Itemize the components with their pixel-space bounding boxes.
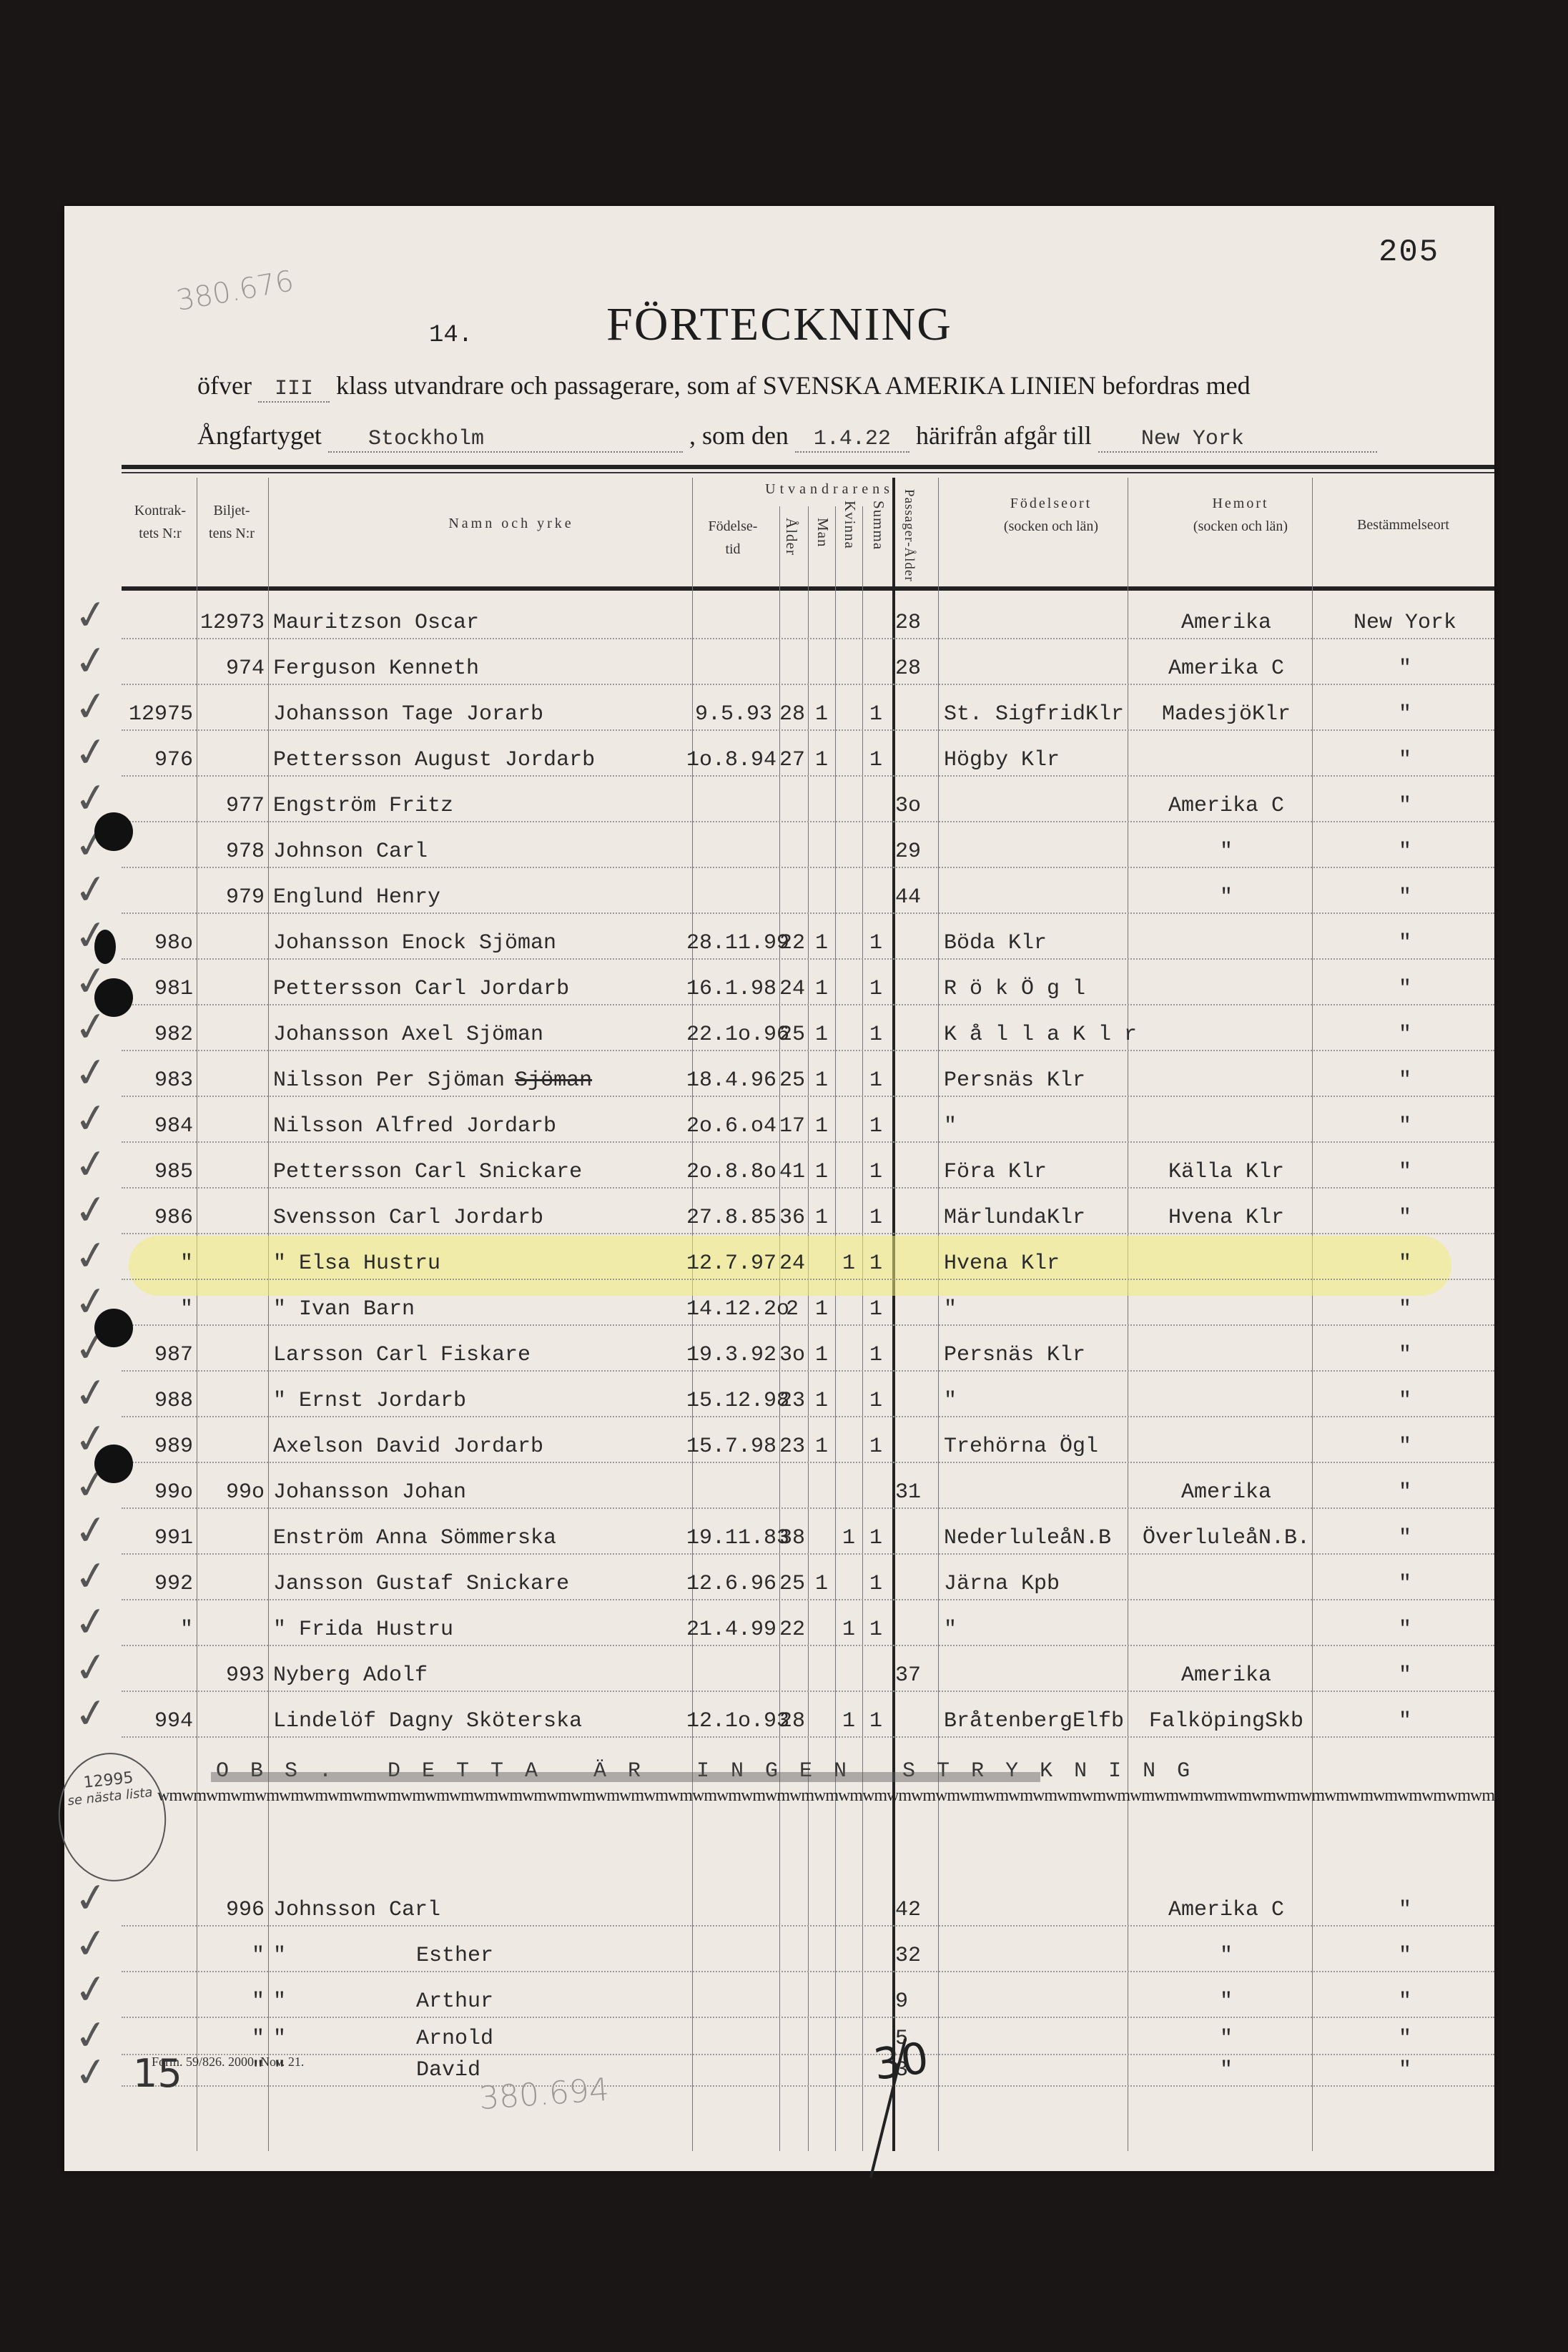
checkmark-icon: ✓ (72, 1643, 112, 1693)
cell-kontrakt: " (122, 1297, 193, 1322)
cell-dest: " (1316, 1343, 1494, 1367)
checkmark-icon: ✓ (72, 1048, 112, 1098)
cell-summa: 1 (862, 702, 889, 727)
cell-fodelsetid: 28.11.99 (686, 931, 772, 955)
table-row: 982Johansson Axel Sjöman22.1o.962511K å … (122, 1004, 1494, 1051)
cell-alder: 36 (778, 1206, 807, 1230)
cell-fodelsetid: 2o.6.o4 (686, 1114, 772, 1138)
cell-hemort: Amerika C (1133, 656, 1319, 681)
cell-man: 1 (808, 1297, 835, 1322)
header-kvinna: Kvinna (841, 501, 859, 549)
checkmark-icon: ✓ (72, 1597, 112, 1648)
cell-namn: Johansson Johan (273, 1480, 688, 1505)
cell-namn: Pettersson Carl Jordarb (273, 977, 688, 1001)
cell-dest: " (1316, 794, 1494, 818)
cell-namn: Pettersson August Jordarb (273, 748, 688, 772)
cell-alder: 23 (778, 1389, 807, 1413)
cell-summa: 1 (862, 748, 889, 772)
cell-kontrakt: 989 (122, 1435, 193, 1459)
cell-hemort: " (1133, 1989, 1319, 2014)
cell-fodelsetid: 14.12.2o (686, 1297, 772, 1322)
cell-kontrakt: 988 (122, 1389, 193, 1413)
header-passager-alder: Passager-Ålder (901, 489, 917, 582)
table-row: ""Esther32""✓ (122, 1925, 1494, 1972)
cell-alder: 22 (778, 1618, 807, 1642)
checkmark-icon: ✓ (72, 1919, 112, 1969)
table-row: "" Frida Hustru21.4.992211""✓ (122, 1599, 1494, 1646)
cell-fodelseort: Hvena Klr (944, 1251, 1187, 1276)
cell-dest: " (1316, 1297, 1494, 1322)
cell-namn2: " (273, 1989, 316, 2014)
cell-man: 1 (808, 1114, 835, 1138)
cell-summa: 1 (862, 1343, 889, 1367)
cell-dest: " (1316, 1572, 1494, 1596)
cell-namn: Johansson Tage Jorarb (273, 702, 688, 727)
cell-dest: " (1316, 1944, 1494, 1968)
cell-dest: " (1316, 1023, 1494, 1047)
table-row: 976Pettersson August Jordarb1o.8.942711H… (122, 729, 1494, 777)
cell-namn: Englund Henry (273, 885, 688, 910)
cell-fodelsetid: 16.1.98 (686, 977, 772, 1001)
cell-passager: 37 (895, 1663, 938, 1688)
cell-summa: 1 (862, 1618, 889, 1642)
cell-fodelseort: Persnäs Klr (944, 1068, 1187, 1093)
cell-hemort: Amerika C (1133, 794, 1319, 818)
header-biljett: Biljet-tens N:r (196, 499, 267, 545)
cell-dest: " (1316, 1480, 1494, 1505)
cell-dest: " (1316, 1114, 1494, 1138)
cell-namn: Johnson Carl (273, 840, 688, 864)
ship-line: Ångfartyget Stockholm , som den 1.4.22 h… (197, 420, 1377, 453)
cell-alder: 3o (778, 1343, 807, 1367)
header-man: Man (814, 518, 832, 548)
cell-kvinna: 1 (835, 1526, 862, 1550)
cell-summa: 1 (862, 1572, 889, 1596)
cell-biljett: " (193, 1989, 265, 2014)
checkmark-icon: ✓ (72, 1505, 112, 1556)
cell-dest: " (1316, 1989, 1494, 2014)
punch-hole (94, 1445, 133, 1483)
cell-summa: 1 (862, 1297, 889, 1322)
date-label: , som den (689, 421, 789, 450)
checkmark-icon: ✓ (72, 865, 112, 915)
table-row: ""Arnold5""✓ (122, 2017, 1494, 2055)
cell-namn: Engström Fritz (273, 794, 688, 818)
margin-note-left: 15 (133, 2051, 182, 2096)
cell-passager: 31 (895, 1480, 938, 1505)
cell-hemort: Amerika (1133, 1663, 1319, 1688)
class-line: öfver III klass utvandrare och passagera… (197, 370, 1251, 403)
cell-hemort: " (1133, 885, 1319, 910)
cell-kontrakt: 98o (122, 931, 193, 955)
cell-dest: " (1316, 840, 1494, 864)
table-row: 979Englund Henry44""✓ (122, 867, 1494, 914)
cell-fodelsetid: 2o.8.8o (686, 1160, 772, 1184)
cell-man: 1 (808, 702, 835, 727)
cell-alder: 25 (778, 1023, 807, 1047)
cell-namn: Arnold (416, 2027, 774, 2051)
date-value: 1.4.22 (795, 427, 909, 453)
cell-fodelseort: Trehörna Ögl (944, 1435, 1187, 1459)
checkmark-icon: ✓ (72, 1093, 112, 1144)
cell-summa: 1 (862, 931, 889, 955)
cell-biljett: 977 (193, 794, 265, 818)
cell-hemort: " (1133, 2058, 1319, 2082)
header-kontrakt: Kontrak-tets N:r (124, 499, 196, 545)
table-row: 12975Johansson Tage Jorarb9.5.932811St. … (122, 684, 1494, 731)
table-row: 996Johnsson Carl42Amerika C"✓ (122, 1879, 1494, 1927)
manifest-page: 205 380.676 14. FÖRTECKNING öfver III kl… (64, 206, 1494, 2171)
table-row: ""Arthur9""✓ (122, 1971, 1494, 2018)
cell-man: 1 (808, 931, 835, 955)
cell-namn: Nyberg Adolf (273, 1663, 688, 1688)
header-rule-top (122, 465, 1494, 469)
table-row: 988" Ernst Jordarb15.12.982311""✓ (122, 1370, 1494, 1417)
cell-biljett: 996 (193, 1898, 265, 1922)
cell-man: 1 (808, 748, 835, 772)
cell-hemort: FalköpingSkb (1133, 1709, 1319, 1733)
table-row: ""David3""✓ (122, 2054, 1494, 2087)
cell-kontrakt: 992 (122, 1572, 193, 1596)
cell-dest: " (1316, 977, 1494, 1001)
cell-alder: 28 (778, 1709, 807, 1733)
cell-dest: " (1316, 1206, 1494, 1230)
cell-dest: " (1316, 748, 1494, 772)
cell-namn: Arthur (416, 1989, 774, 2014)
cell-dest: " (1316, 1251, 1494, 1276)
class-prefix: öfver (197, 371, 252, 400)
cell-namn: Johansson Enock Sjöman (273, 931, 688, 955)
cell-passager: 29 (895, 840, 938, 864)
cell-passager: 9 (895, 1989, 938, 2014)
cell-biljett: 974 (193, 656, 265, 681)
table-row: 983Nilsson Per SjömanSjöman18.4.962511Pe… (122, 1050, 1494, 1097)
cell-dest: " (1316, 1160, 1494, 1184)
cell-summa: 1 (862, 1023, 889, 1047)
cell-dest: " (1316, 885, 1494, 910)
checkmark-icon: ✓ (72, 1139, 112, 1190)
destination-value: New York (1098, 427, 1377, 453)
cell-fodelsetid: 1o.8.94 (686, 748, 772, 772)
cell-man: 1 (808, 1389, 835, 1413)
punch-hole (94, 930, 116, 964)
cell-namn: " Ernst Jordarb (273, 1389, 688, 1413)
cell-alder: 24 (778, 1251, 807, 1276)
obs-strike-mark (211, 1772, 1040, 1782)
page-number: 205 (1379, 235, 1439, 270)
header-utvandrarens: Utvandrarens (694, 478, 965, 501)
cell-namn: " Elsa Hustru (273, 1251, 688, 1276)
cell-namn: Svensson Carl Jordarb (273, 1206, 688, 1230)
cell-kontrakt: 976 (122, 748, 193, 772)
cell-kontrakt: " (122, 1251, 193, 1276)
cell-fodelseort: Järna Kpb (944, 1572, 1187, 1596)
cell-alder: 24 (778, 977, 807, 1001)
cell-alder: 38 (778, 1526, 807, 1550)
cell-fodelsetid: 19.3.92 (686, 1343, 772, 1367)
cell-namn2: " (273, 2027, 316, 2051)
class-value: III (258, 377, 330, 403)
cell-passager: 44 (895, 885, 938, 910)
table-row: 99o99oJohansson Johan31Amerika"✓ (122, 1462, 1494, 1509)
cell-fodelseort: Böda Klr (944, 931, 1187, 955)
cell-kontrakt: 986 (122, 1206, 193, 1230)
cell-namn: Pettersson Carl Snickare (273, 1160, 688, 1184)
checkmark-icon: ✓ (72, 636, 112, 687)
cell-biljett: " (193, 2027, 265, 2051)
cell-hemort: Amerika (1133, 1480, 1319, 1505)
header-alder: Ålder (782, 518, 800, 556)
cell-kontrakt: 982 (122, 1023, 193, 1047)
table-row: 977Engström Fritz3oAmerika C"✓ (122, 775, 1494, 822)
cell-kontrakt: 991 (122, 1526, 193, 1550)
punch-hole (94, 1309, 133, 1347)
struck-word: Sjöman (515, 1068, 592, 1093)
cell-fodelsetid: 19.11.83 (686, 1526, 772, 1550)
cell-dest: " (1316, 2058, 1494, 2082)
table-row: 993Nyberg Adolf37Amerika"✓ (122, 1645, 1494, 1692)
cell-kontrakt: 99o (122, 1480, 193, 1505)
cell-alder: 41 (778, 1160, 807, 1184)
cell-alder: 23 (778, 1435, 807, 1459)
cell-fodelseort: Högby Klr (944, 748, 1187, 772)
cell-alder: 2 (778, 1297, 807, 1322)
table-row: 985Pettersson Carl Snickare2o.8.8o4111Fö… (122, 1141, 1494, 1189)
cell-biljett: 979 (193, 885, 265, 910)
cell-man: 1 (808, 977, 835, 1001)
cell-hemort: ÖverluleåN.B. (1133, 1526, 1319, 1550)
cell-dest: " (1316, 1618, 1494, 1642)
cell-fodelseort: Persnäs Klr (944, 1343, 1187, 1367)
cell-kontrakt: 987 (122, 1343, 193, 1367)
cell-fodelseort: R ö k Ö g l (944, 977, 1187, 1001)
cell-namn: Nilsson Alfred Jordarb (273, 1114, 688, 1138)
cell-kontrakt: 12975 (122, 702, 193, 727)
checkmark-icon: ✓ (72, 2047, 112, 2098)
cell-passager: 32 (895, 1944, 938, 1968)
cell-namn: Johansson Axel Sjöman (273, 1023, 688, 1047)
page-title: FÖRTECKNING (64, 297, 1494, 352)
cell-dest: " (1316, 1898, 1494, 1922)
cell-fodelseort: " (944, 1114, 1187, 1138)
cell-namn: Mauritzson Oscar (273, 611, 688, 635)
checkmark-icon: ✓ (72, 1231, 112, 1281)
ship-label: Ångfartyget (197, 421, 322, 450)
cell-dest: " (1316, 1389, 1494, 1413)
cell-summa: 1 (862, 1206, 889, 1230)
table-row: 986Svensson Carl Jordarb27.8.853611Märlu… (122, 1187, 1494, 1234)
cell-dest: " (1316, 1068, 1494, 1093)
cell-summa: 1 (862, 977, 889, 1001)
checkmark-icon: ✓ (72, 590, 112, 641)
cell-fodelsetid: 12.1o.93 (686, 1709, 772, 1733)
table-row: 974Ferguson Kenneth28Amerika C"✓ (122, 638, 1494, 685)
cell-alder: 25 (778, 1068, 807, 1093)
table-row: "" Elsa Hustru12.7.972411Hvena Klr"✓ (122, 1233, 1494, 1280)
header-rule-top-thin (122, 472, 1494, 473)
cell-alder: 27 (778, 748, 807, 772)
cell-passager: 28 (895, 656, 938, 681)
table-row: 987Larsson Carl Fiskare19.3.923o11Persnä… (122, 1324, 1494, 1372)
cell-summa: 1 (862, 1160, 889, 1184)
cell-fodelseort: " (944, 1389, 1187, 1413)
strike-filler-line: wmwmwmwmwmwmwmwmwmwmwmwmwmwmwmwmwmwmwmwm… (157, 1786, 1494, 1806)
cell-summa: 1 (862, 1709, 889, 1733)
checkmark-icon: ✓ (72, 727, 112, 778)
cell-biljett: " (193, 1944, 265, 1968)
table-row: 992Jansson Gustaf Snickare12.6.962511Jär… (122, 1553, 1494, 1600)
cell-dest: " (1316, 1435, 1494, 1459)
checkmark-icon: ✓ (72, 1688, 112, 1739)
cell-fodelsetid: 27.8.85 (686, 1206, 772, 1230)
cell-namn: Johnsson Carl (273, 1898, 631, 1922)
cell-namn: " Ivan Barn (273, 1297, 688, 1322)
checkmark-icon: ✓ (72, 682, 112, 732)
cell-fodelseort: K å l l a K l r (944, 1023, 1187, 1047)
cell-hemort: Hvena Klr (1133, 1206, 1319, 1230)
cell-namn: Lindelöf Dagny Sköterska (273, 1709, 688, 1733)
cell-fodelsetid: 18.4.96 (686, 1068, 772, 1093)
cell-passager: 42 (895, 1898, 938, 1922)
table-row: 98oJohansson Enock Sjöman28.11.992211Böd… (122, 912, 1494, 960)
table-row: 984Nilsson Alfred Jordarb2o.6.o41711""✓ (122, 1096, 1494, 1143)
checkmark-icon: ✓ (72, 1964, 112, 2015)
cell-alder: 17 (778, 1114, 807, 1138)
cell-dest: New York (1316, 611, 1494, 635)
cell-kvinna: 1 (835, 1709, 862, 1733)
cell-summa: 1 (862, 1435, 889, 1459)
destination-label: härifrån afgår till (916, 421, 1092, 450)
cell-dest: " (1316, 2027, 1494, 2051)
cell-fodelsetid: 21.4.99 (686, 1618, 772, 1642)
cell-namn: Esther (416, 1944, 774, 1968)
cell-kontrakt: 985 (122, 1160, 193, 1184)
cell-hemort: " (1133, 1944, 1319, 1968)
cell-kontrakt: " (122, 1618, 193, 1642)
punch-hole (94, 812, 133, 851)
cell-dest: " (1316, 656, 1494, 681)
header-fodelseort: Födelseort(socken och län) (940, 492, 1162, 538)
cell-man: 1 (808, 1343, 835, 1367)
table-row: 981Pettersson Carl Jordarb16.1.982411R ö… (122, 958, 1494, 1005)
cell-kontrakt: 983 (122, 1068, 193, 1093)
cell-man: 1 (808, 1435, 835, 1459)
cell-fodelsetid: 22.1o.96 (686, 1023, 772, 1047)
table-row: 978Johnson Carl29""✓ (122, 821, 1494, 868)
cell-man: 1 (808, 1206, 835, 1230)
cell-passager: 28 (895, 611, 938, 635)
cell-man: 1 (808, 1023, 835, 1047)
cell-fodelsetid: 9.5.93 (686, 702, 772, 727)
cell-dest: " (1316, 702, 1494, 727)
cell-namn: " Frida Hustru (273, 1618, 688, 1642)
cell-man: 1 (808, 1160, 835, 1184)
cell-fodelsetid: 12.6.96 (686, 1572, 772, 1596)
cell-passager: 3o (895, 794, 938, 818)
header-bestammelseort: Bestämmelseort (1312, 513, 1494, 536)
cell-fodelseort: " (944, 1297, 1187, 1322)
class-text: klass utvandrare och passagerare, som af… (336, 371, 1251, 400)
cell-man: 1 (808, 1068, 835, 1093)
cell-biljett: 978 (193, 840, 265, 864)
cell-kontrakt: 994 (122, 1709, 193, 1733)
cell-man: 1 (808, 1572, 835, 1596)
cell-namn2: " (273, 1944, 316, 1968)
cell-biljett: 99o (193, 1480, 265, 1505)
cell-kvinna: 1 (835, 1251, 862, 1276)
cell-hemort: Amerika C (1133, 1898, 1319, 1922)
punch-hole (94, 978, 133, 1017)
cell-summa: 1 (862, 1389, 889, 1413)
cell-alder: 25 (778, 1572, 807, 1596)
header-namn: Namn och yrke (268, 512, 754, 535)
table-row: 12973Mauritzson Oscar28AmerikaNew York✓ (122, 592, 1494, 639)
checkmark-icon: ✓ (72, 1368, 112, 1419)
cell-fodelseort: " (944, 1618, 1187, 1642)
cell-namn: Larsson Carl Fiskare (273, 1343, 688, 1367)
cell-summa: 1 (862, 1526, 889, 1550)
cell-namn-wrap: Nilsson Per SjömanSjöman (273, 1068, 592, 1093)
cell-summa: 1 (862, 1068, 889, 1093)
cell-dest: " (1316, 1526, 1494, 1550)
cell-namn: Jansson Gustaf Snickare (273, 1572, 688, 1596)
cell-namn: Ferguson Kenneth (273, 656, 688, 681)
header-fodelsetid: Födelse-tid (694, 515, 772, 561)
cell-summa: 1 (862, 1251, 889, 1276)
cell-alder: 22 (778, 931, 807, 955)
cell-hemort: MadesjöKlr (1133, 702, 1319, 727)
cell-dest: " (1316, 931, 1494, 955)
cell-hemort: Källa Klr (1133, 1160, 1319, 1184)
header-summa: Summa (869, 501, 887, 550)
cell-summa: 1 (862, 1114, 889, 1138)
cell-namn: Enström Anna Sömmerska (273, 1526, 688, 1550)
table-row: 991Enström Anna Sömmerska19.11.833811Ned… (122, 1507, 1494, 1555)
cell-dest: " (1316, 1663, 1494, 1688)
cell-biljett: 993 (193, 1663, 265, 1688)
cell-hemort: " (1133, 2027, 1319, 2051)
cell-fodelsetid: 12.7.97 (686, 1251, 772, 1276)
margin-circle-note: 12995 se nästa lista (52, 1748, 172, 1887)
cell-hemort: Amerika (1133, 611, 1319, 635)
cell-fodelsetid: 15.12.98 (686, 1389, 772, 1413)
cell-namn: Nilsson Per Sjöman (273, 1068, 505, 1093)
cell-kvinna: 1 (835, 1618, 862, 1642)
cell-namn: Axelson David Jordarb (273, 1435, 688, 1459)
ship-value: Stockholm (328, 427, 683, 453)
table-row: 994Lindelöf Dagny Sköterska12.1o.932811B… (122, 1691, 1494, 1738)
checkmark-icon: ✓ (72, 1551, 112, 1602)
checkmark-icon: ✓ (72, 1185, 112, 1236)
table-row: "" Ivan Barn14.12.2o211""✓ (122, 1279, 1494, 1326)
cell-dest: " (1316, 1709, 1494, 1733)
cell-biljett: 12973 (193, 611, 265, 635)
cell-alder: 28 (778, 702, 807, 727)
cell-fodelsetid: 15.7.98 (686, 1435, 772, 1459)
cell-kontrakt: 984 (122, 1114, 193, 1138)
table-row: 989Axelson David Jordarb15.7.982311Trehö… (122, 1416, 1494, 1463)
cell-hemort: " (1133, 840, 1319, 864)
